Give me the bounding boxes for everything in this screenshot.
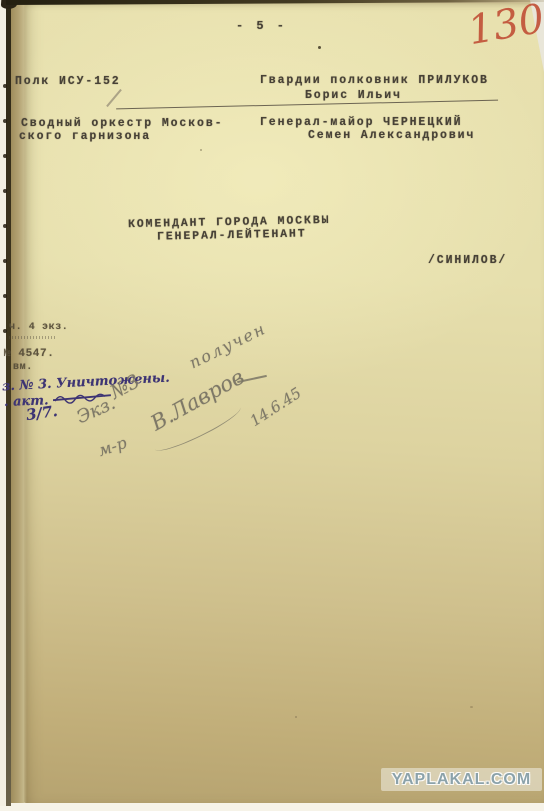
watermark-text: YAPLAKAL.COM — [392, 771, 531, 788]
margin-outgoing-number: № 4547. — [4, 348, 54, 360]
paper-speck — [295, 716, 297, 718]
unit-name-row2-line2: ского гарнизона — [19, 130, 151, 143]
margin-microtext-line — [9, 336, 55, 339]
officer-rank-name-row1: Гвардии полковник ПРИЛУКОВ — [260, 74, 489, 87]
signature-name: /СИНИЛОВ/ — [428, 254, 507, 267]
scan-bottom-edge — [0, 802, 544, 811]
document-scan: - 5 - 130 Полк ИСУ-152 Гвардии полковник… — [0, 0, 544, 811]
paper-speck — [318, 46, 321, 49]
page-number: - 5 - — [236, 20, 287, 33]
unit-name-row1: Полк ИСУ-152 — [15, 75, 121, 88]
binding-hole — [3, 154, 7, 158]
margin-copies-note: ч. 4 экз. — [9, 322, 68, 333]
binding-hole — [3, 294, 7, 298]
binding-hole — [3, 119, 7, 123]
paper-speck — [200, 149, 202, 151]
binding-hole — [3, 189, 7, 193]
margin-initials: вм. — [13, 362, 33, 373]
unit-name-row2-line1: Сводный оркестр Москов- — [21, 117, 223, 130]
binding-hole — [3, 84, 7, 88]
paper-speck — [470, 706, 473, 708]
binding-hole — [3, 259, 7, 263]
watermark-badge: YAPLAKAL.COM — [381, 768, 542, 791]
binding-hole — [3, 329, 7, 333]
officer-rank-name-row2: Генерал-майор ЧЕРНЕЦКИЙ — [260, 116, 462, 129]
officer-patronymic-row2: Семен Александрович — [308, 129, 475, 142]
binding-hole — [3, 224, 7, 228]
